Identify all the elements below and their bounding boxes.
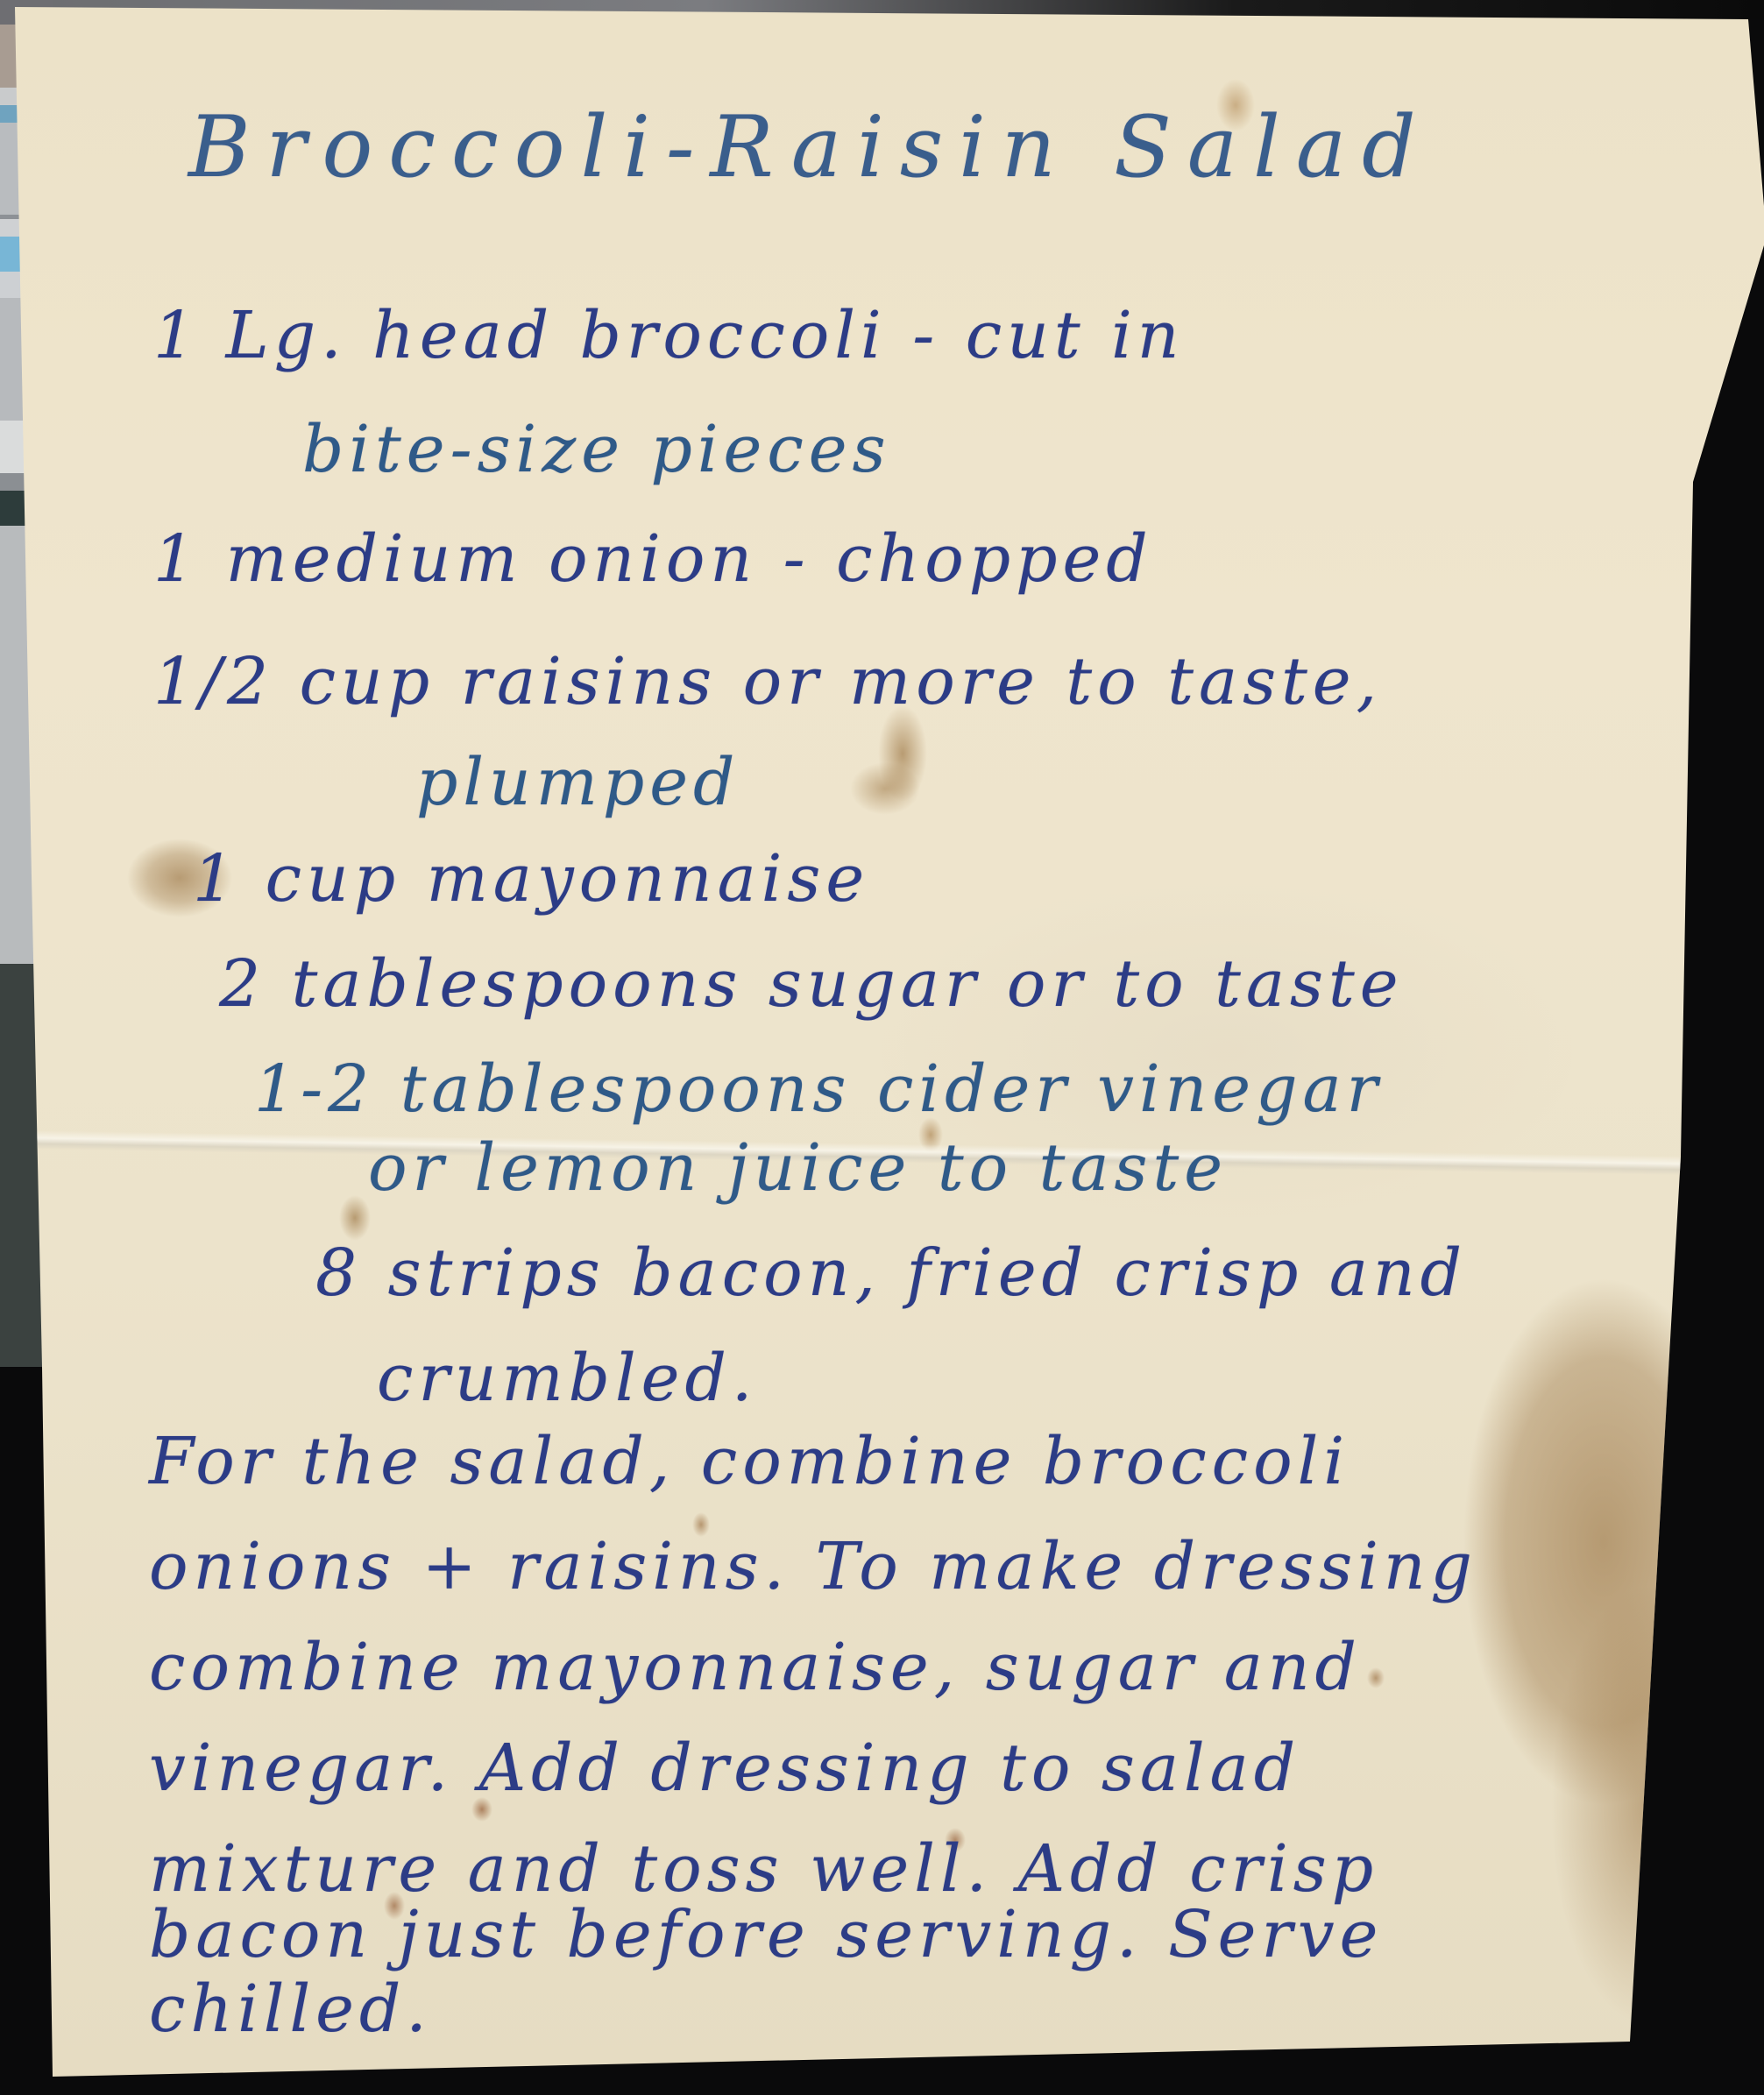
ingredient-5: 2 tablespoons sugar or to taste	[219, 946, 1404, 1022]
ingredient-7-line-2: crumbled.	[377, 1341, 757, 1416]
ingredient-3-line-2: plumped	[416, 745, 740, 820]
ingredient-6-line-1: 1-2 tablespoons cider vinegar	[254, 1051, 1383, 1127]
ingredient-7-line-1: 8 strips bacon, fried crisp and	[315, 1235, 1467, 1311]
directions-line-7: chilled.	[149, 1971, 432, 2047]
ingredient-4: 1 cup mayonnaise	[193, 841, 869, 917]
recipe-card: Broccoli-Raisin Salad 1 Lg. head broccol…	[0, 0, 1764, 2095]
ingredient-6-line-2: or lemon juice to taste	[368, 1130, 1228, 1206]
directions-line-1: For the salad, combine broccoli	[149, 1424, 1350, 1499]
recipe-title: Broccoli-Raisin Salad	[188, 98, 1432, 196]
ingredient-1-line-1: 1 Lg. head broccoli - cut in	[153, 298, 1184, 373]
directions-line-6: bacon just before serving. Serve	[149, 1897, 1383, 1972]
directions-line-2: onions + raisins. To make dressing	[149, 1529, 1477, 1604]
ingredient-3-line-1: 1/2 cup raisins or more to taste,	[153, 644, 1382, 719]
directions-line-4: vinegar. Add dressing to salad	[149, 1730, 1300, 1806]
directions-line-3: combine mayonnaise, sugar and	[149, 1630, 1362, 1705]
directions-line-5: mixture and toss well. Add crisp	[149, 1831, 1378, 1907]
ingredient-1-line-2: bite-size pieces	[302, 412, 891, 487]
photo-scene: Broccoli-Raisin Salad 1 Lg. head broccol…	[0, 0, 1764, 2095]
ingredient-2: 1 medium onion - chopped	[153, 521, 1153, 597]
